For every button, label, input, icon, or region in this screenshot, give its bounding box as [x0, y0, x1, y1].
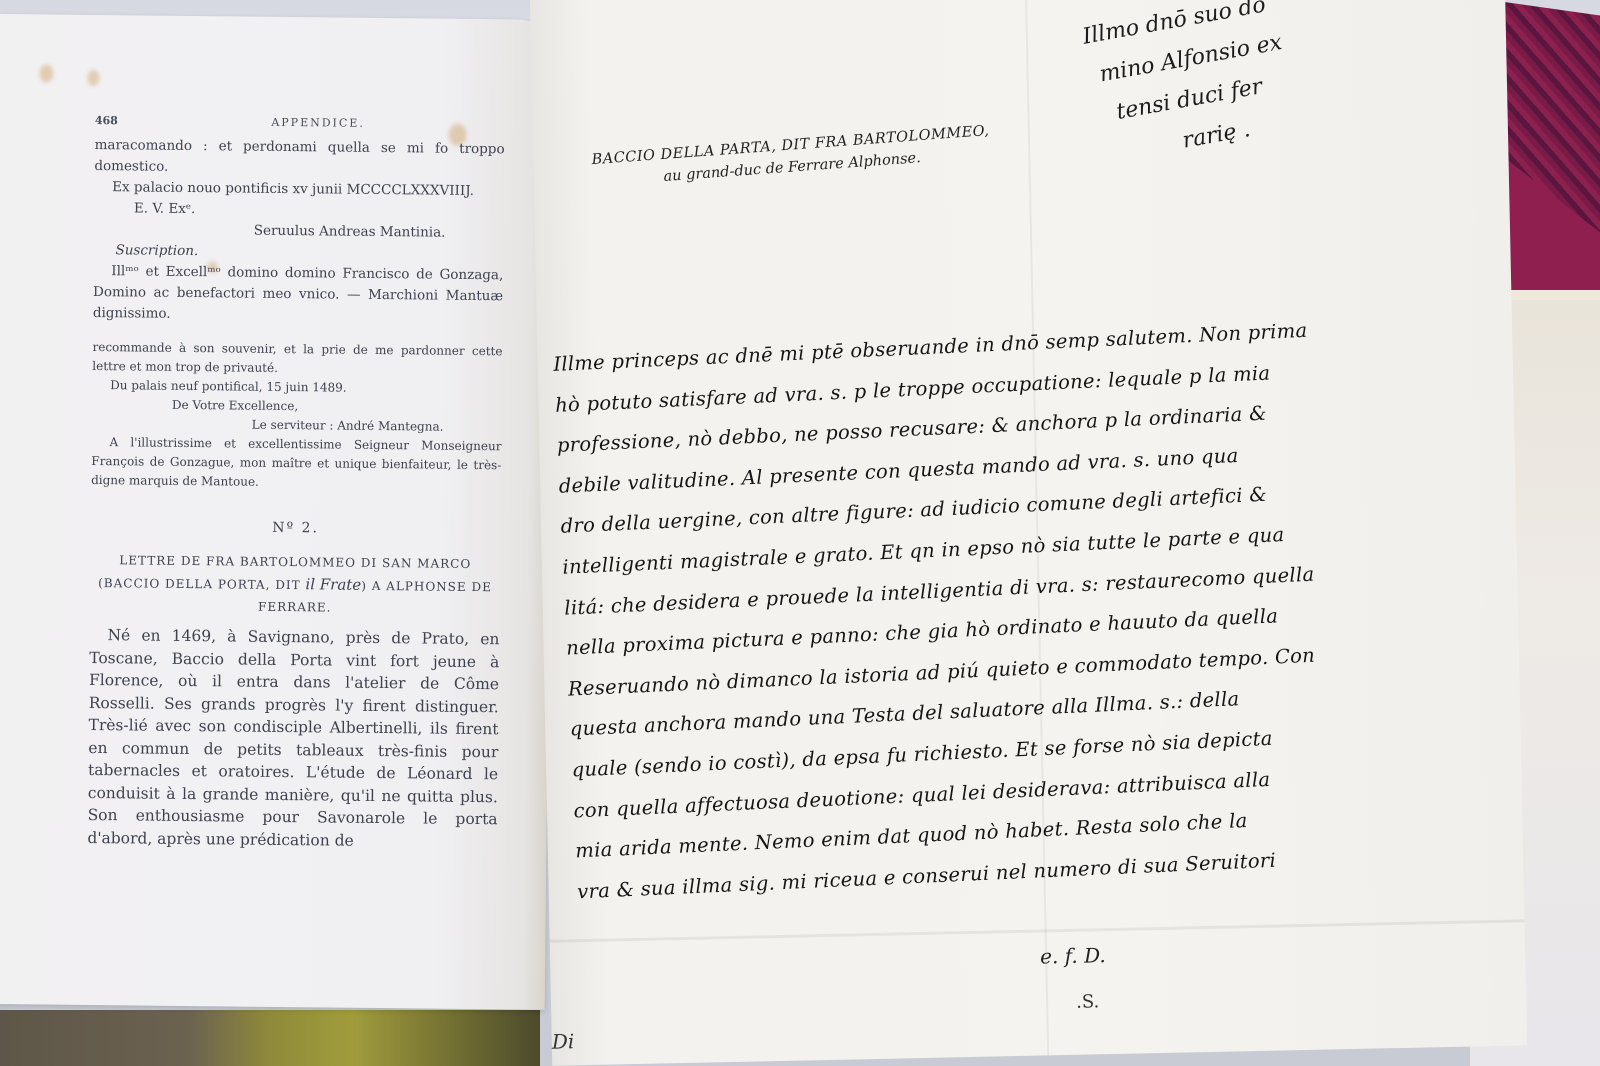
horizontal-fold-crease: [550, 919, 1525, 942]
letter-signature-sub: .S.: [1076, 991, 1100, 1012]
foxing-stain: [87, 70, 99, 86]
italian-text-line: maracomando : et perdonami quella se mi …: [94, 135, 504, 181]
corner-handwriting: Di: [552, 1029, 575, 1053]
handwritten-letter-body: Illme princeps ac dnē mi ptē obseruande …: [552, 307, 1417, 913]
page-number: 468: [95, 110, 118, 131]
section-title: Lettre de Fra Bartolommeo di San Marco (…: [90, 549, 501, 620]
running-header: 468 APPENDICE.: [95, 110, 505, 135]
left-printed-page: 468 APPENDICE. maracomando : et perdonam…: [0, 14, 555, 1010]
french-address: A l'illustrissime et excellentissime Sei…: [91, 433, 502, 494]
facsimile-caption: Baccio della Parta, dit Fra Bartolommeo,…: [580, 119, 1002, 194]
italian-closing: E. V. Exᵉ.: [94, 198, 504, 223]
facsimile-letter-page: Baccio della Parta, dit Fra Bartolommeo,…: [530, 0, 1527, 1066]
foxing-stain: [39, 64, 53, 82]
biography-paragraph: Né en 1469, à Savignano, près de Prato, …: [87, 624, 499, 853]
letter-signature: e. f. D.: [1040, 943, 1106, 968]
background-table: [0, 1010, 540, 1066]
french-translation-line: recommande à son souvenir, et la prie de…: [92, 338, 502, 380]
running-head-title: APPENDICE.: [271, 112, 365, 134]
printed-text-block: 468 APPENDICE. maracomando : et perdonam…: [87, 110, 505, 853]
handwritten-address: Illmo dnō suo do mino Alfonsio ex tensi …: [1079, 0, 1344, 176]
section-number: Nº 2.: [91, 516, 501, 541]
italian-address: Illᵐᵒ et Excellᵐᵒ domino domino Francisc…: [93, 261, 504, 328]
section-title-italic: il Frate: [305, 575, 361, 594]
